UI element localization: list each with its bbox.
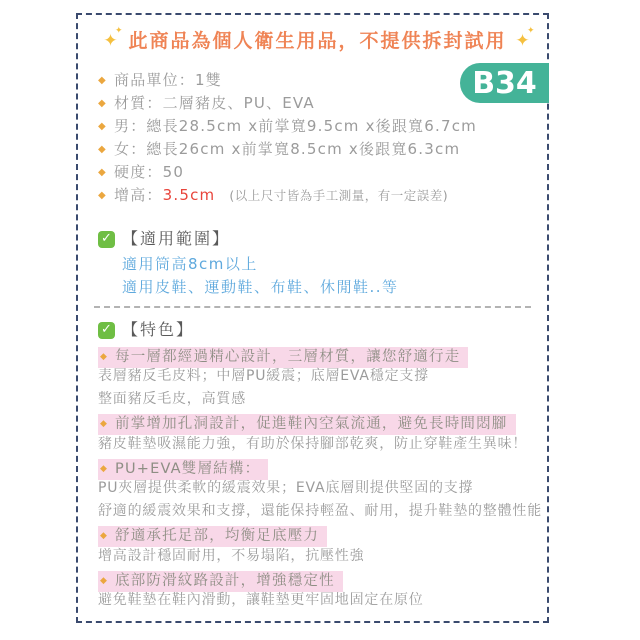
diamond-bullet-icon: ◆ [98, 161, 114, 184]
spec-text: 男：總長28.5cm x前掌寬9.5cm x後跟寬6.7cm [114, 115, 477, 138]
height-value: 3.5cm [163, 184, 216, 207]
spec-row-men-size: ◆ 男：總長28.5cm x前掌寬9.5cm x後跟寬6.7cm [98, 115, 537, 138]
sparkle-icon: ✦✦ [513, 30, 535, 52]
diamond-bullet-icon: ◆ [100, 526, 115, 547]
applicable-range-section: ✓ 【適用範圍】 適用筒高8cm以上 適用皮鞋、運動鞋、布鞋、休閒鞋..等 [98, 228, 537, 299]
green-check-icon: ✓ [98, 231, 115, 248]
notice-text: 此商品為個人衛生用品，不提供拆封試用 [128, 30, 506, 52]
measurement-disclaimer: (以上尺寸皆為手工測量，有一定誤差) [229, 184, 448, 207]
hygiene-notice-banner: ✦✦ 此商品為個人衛生用品，不提供拆封試用 ✦✦ [98, 30, 537, 52]
spec-row-height-increase: ◆ 增高： 3.5cm (以上尺寸皆為手工測量，有一定誤差) [98, 184, 537, 207]
feature-highlight-row: ◆PU+EVA雙層結構： [98, 455, 537, 477]
feature-highlight-row: ◆前掌增加孔洞設計，促進鞋內空氣流通，避免長時間悶腳 [98, 410, 537, 432]
spec-text: 商品單位：1雙 [114, 69, 222, 92]
feature-detail-row: 表層豬反毛皮料；中層PU緩震；底層EVA穩定支撐 [98, 365, 537, 387]
diamond-bullet-icon: ◆ [98, 184, 114, 207]
diamond-bullet-icon: ◆ [98, 115, 114, 138]
applicable-range-title: ✓ 【適用範圍】 [98, 228, 537, 250]
spec-row-women-size: ◆ 女：總長26cm x前掌寬8.5cm x後跟寬6.3cm [98, 138, 537, 161]
feature-detail-row: PU夾層提供柔軟的緩震效果；EVA底層則提供堅固的支撐 [98, 477, 537, 499]
feature-detail-row: 豬皮鞋墊吸濕能力強，有助於保持腳部乾爽，防止穿鞋產生異味！ [98, 433, 537, 455]
dashed-separator [94, 306, 531, 308]
section-title-text: 【特色】 [122, 319, 194, 341]
feature-detail-row: 避免鞋墊在鞋內滑動，讓鞋墊更牢固地固定在原位 [98, 589, 537, 611]
spec-row-hardness: ◆ 硬度：50 [98, 161, 537, 184]
features-title: ✓ 【特色】 [98, 319, 537, 341]
feature-detail-row: 增高設計穩固耐用，不易塌陷，抗壓性強 [98, 545, 537, 567]
spec-text: 增高： [114, 184, 163, 207]
feature-text: 舒適承托足部，均衡足底壓力 [115, 526, 319, 547]
product-code-badge: B34 [460, 63, 549, 103]
applicable-line: 適用筒高8cm以上 [122, 253, 537, 276]
diamond-bullet-icon: ◆ [98, 69, 114, 92]
green-check-icon: ✓ [98, 322, 115, 339]
spec-text: 硬度：50 [114, 161, 184, 184]
applicable-range-lines: 適用筒高8cm以上 適用皮鞋、運動鞋、布鞋、休閒鞋..等 [98, 253, 537, 299]
applicable-line: 適用皮鞋、運動鞋、布鞋、休閒鞋..等 [122, 276, 537, 299]
diamond-bullet-icon: ◆ [98, 138, 114, 161]
spec-text: 女：總長26cm x前掌寬8.5cm x後跟寬6.3cm [114, 138, 460, 161]
feature-detail-row: 舒適的緩震效果和支撐，還能保持輕盈、耐用，提升鞋墊的整體性能 [98, 500, 537, 522]
feature-rows: ◆每一層都經過精心設計，三層材質，讓您舒適行走 表層豬反毛皮料；中層PU緩震；底… [98, 343, 537, 612]
product-description-card: ✦✦ 此商品為個人衛生用品，不提供拆封試用 ✦✦ ◆ 商品單位：1雙 ◆ 材質：… [76, 13, 549, 623]
feature-highlight-row: ◆底部防滑紋路設計，增強穩定性 [98, 567, 537, 589]
diamond-bullet-icon: ◆ [98, 92, 114, 115]
spec-text: 材質：二層豬皮、PU、EVA [114, 92, 315, 115]
feature-highlight-row: ◆舒適承托足部，均衡足底壓力 [98, 522, 537, 544]
feature-highlight-row: ◆每一層都經過精心設計，三層材質，讓您舒適行走 [98, 343, 537, 365]
feature-detail-row: 整面豬反毛皮，高質感 [98, 388, 537, 410]
sparkle-icon: ✦✦ [100, 30, 122, 52]
features-section: ✓ 【特色】 ◆每一層都經過精心設計，三層材質，讓您舒適行走 表層豬反毛皮料；中… [98, 319, 537, 612]
section-title-text: 【適用範圍】 [122, 228, 230, 250]
